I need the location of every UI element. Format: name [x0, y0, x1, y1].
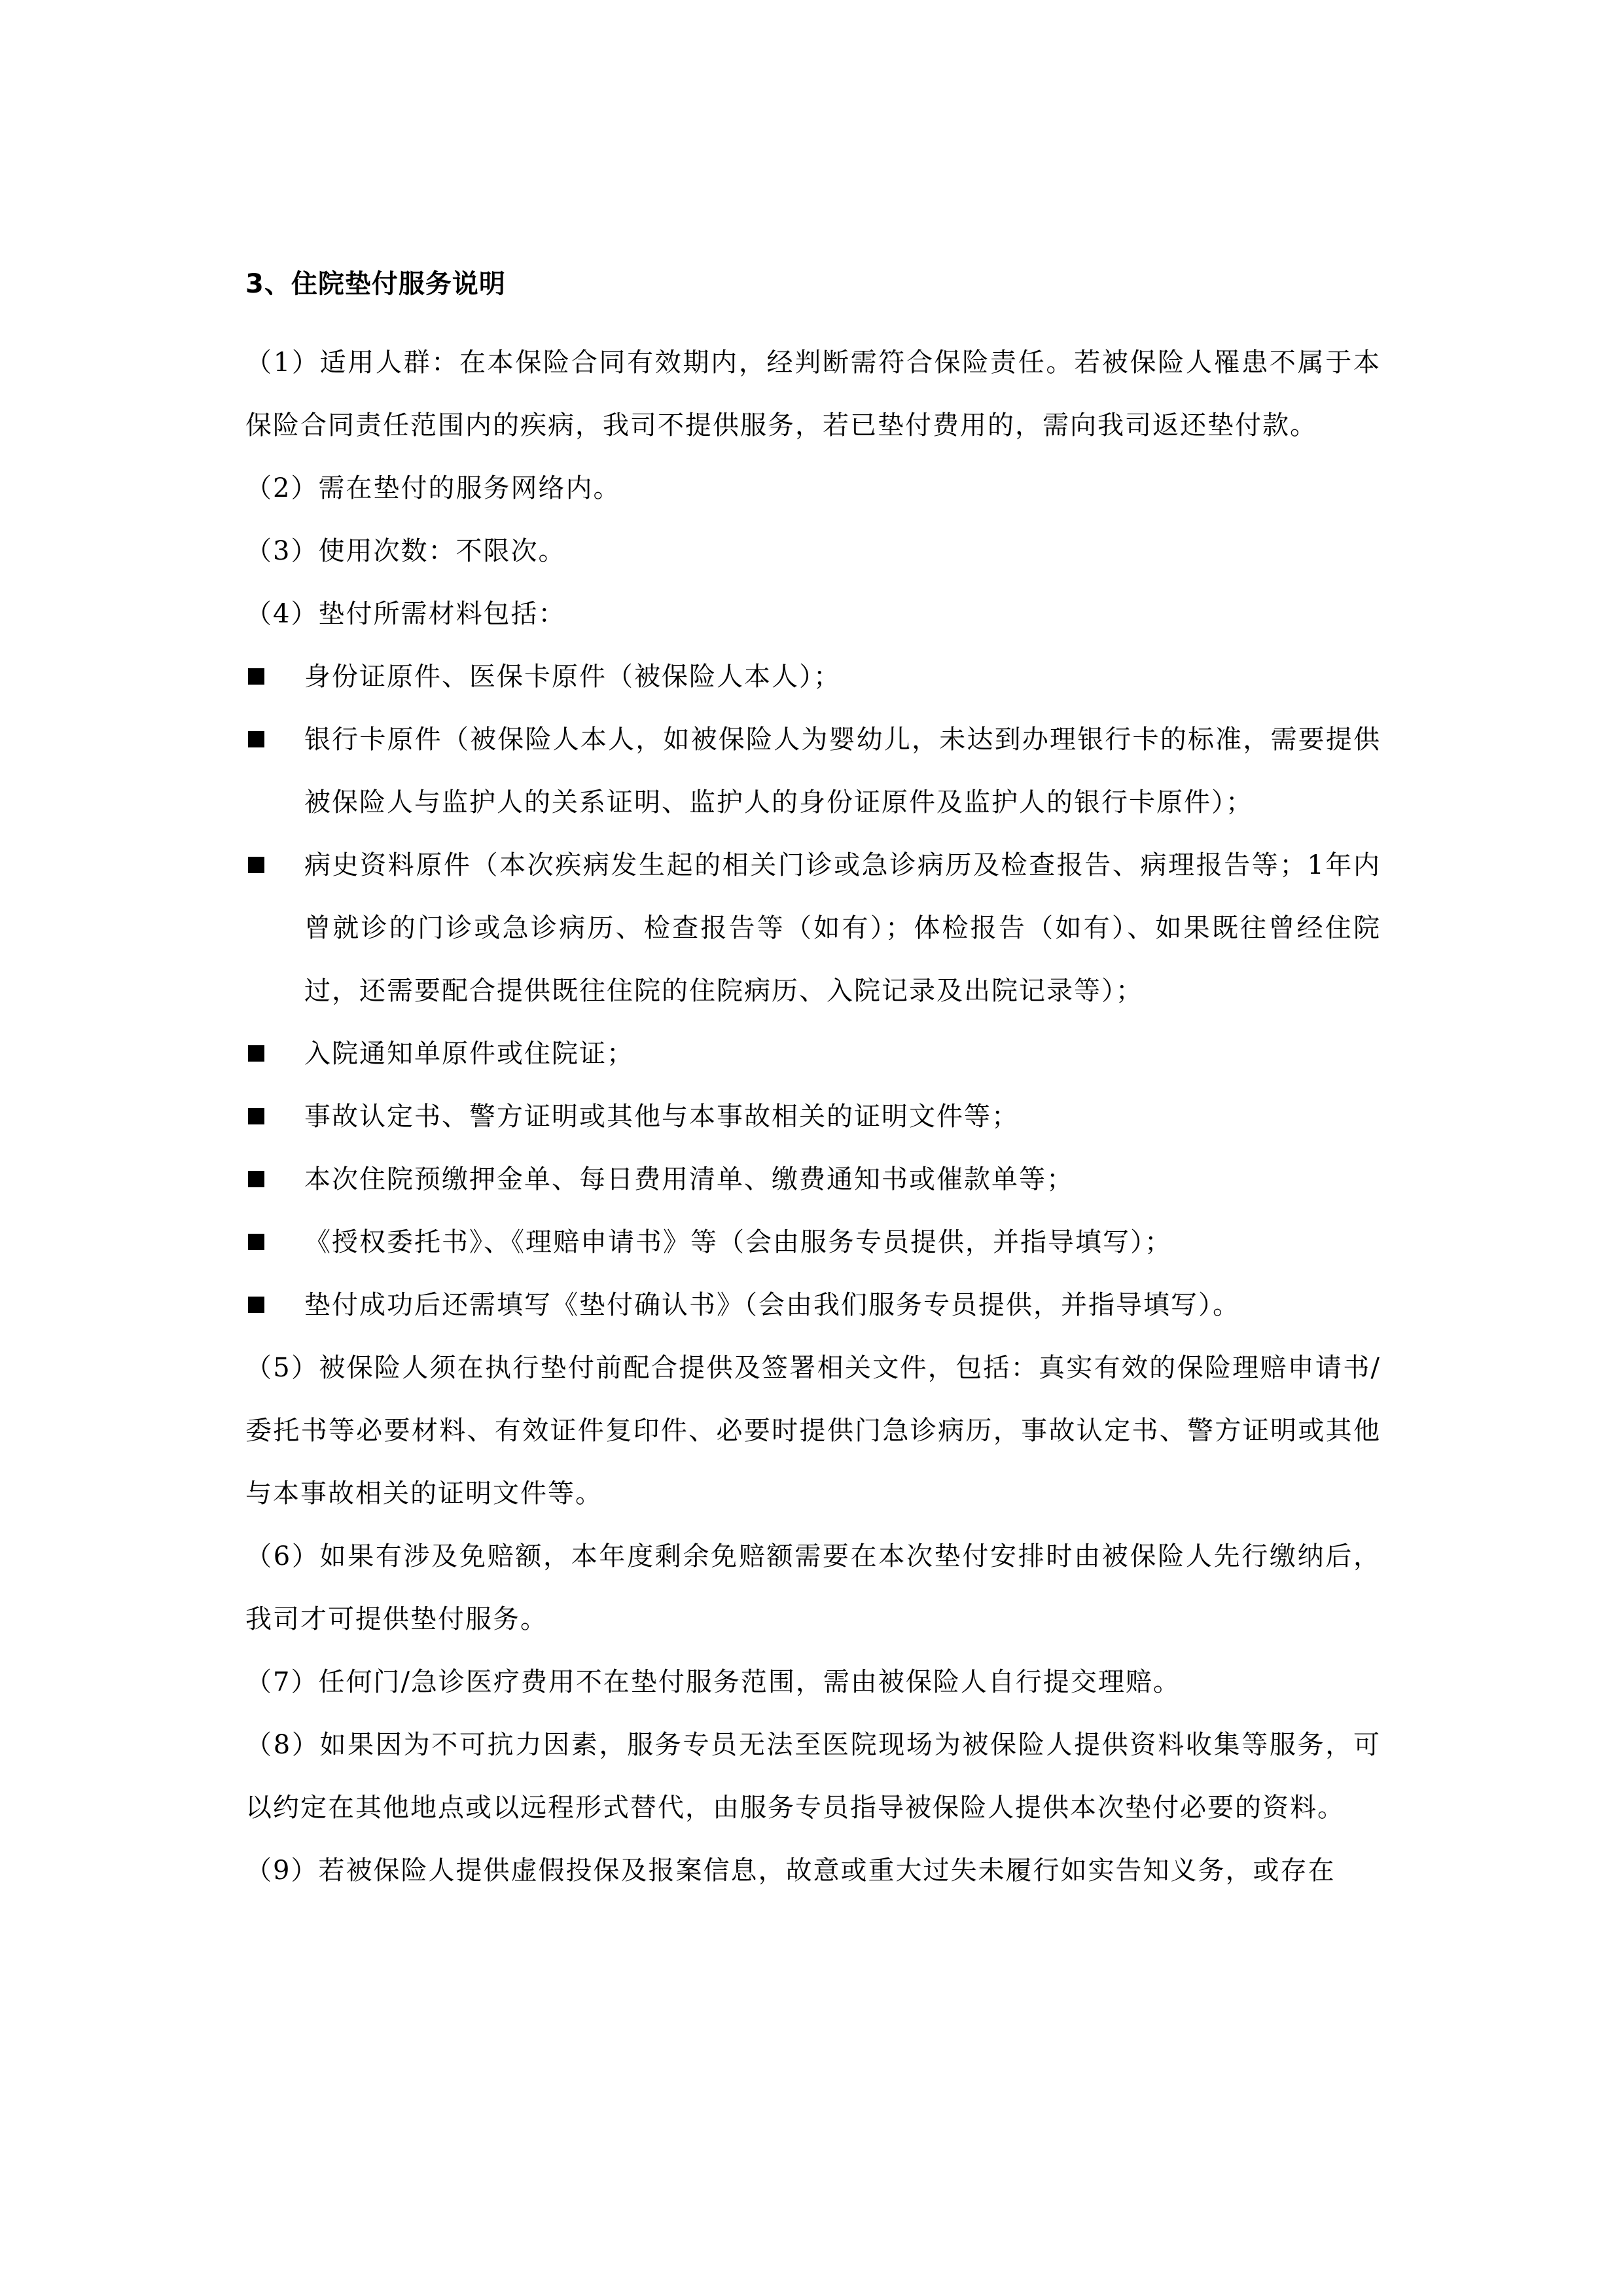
list-item: 入院通知单原件或住院证；	[245, 1022, 1381, 1085]
document-page: 3、住院垫付服务说明 （1）适用人群：在本保险合同有效期内，经判断需符合保险责任…	[245, 268, 1381, 1902]
square-bullet-icon	[248, 1108, 264, 1124]
list-item-text: 垫付成功后还需填写《垫付确认书》（会由我们服务专员提供，并指导填写）。	[304, 1290, 1240, 1320]
list-item: 事故认定书、警方证明或其他与本事故相关的证明文件等；	[245, 1085, 1381, 1148]
clause-3-usage-count: （3）使用次数：不限次。	[245, 520, 1381, 583]
clause-2-service-network: （2）需在垫付的服务网络内。	[245, 457, 1381, 520]
clause-5-documents-to-sign: （5）被保险人须在执行垫付前配合提供及签署相关文件，包括：真实有效的保险理赔申请…	[245, 1336, 1381, 1525]
list-item: 《授权委托书》、《理赔申请书》等（会由服务专员提供，并指导填写）；	[245, 1211, 1381, 1274]
clause-4-required-materials: （4）垫付所需材料包括：	[245, 583, 1381, 645]
clause-7-outpatient-excluded: （7）任何门/急诊医疗费用不在垫付服务范围，需由被保险人自行提交理赔。	[245, 1651, 1381, 1713]
clause-8-force-majeure: （8）如果因为不可抗力因素，服务专员无法至医院现场为被保险人提供资料收集等服务，…	[245, 1713, 1381, 1839]
square-bullet-icon	[248, 731, 264, 747]
clause-9-false-information: （9）若被保险人提供虚假投保及报案信息，故意或重大过失未履行如实告知义务，或存在	[245, 1839, 1381, 1902]
square-bullet-icon	[248, 1045, 264, 1062]
list-item-text: 事故认定书、警方证明或其他与本事故相关的证明文件等；	[304, 1102, 1019, 1132]
square-bullet-icon	[248, 1297, 264, 1313]
list-item: 身份证原件、医保卡原件（被保险人本人）；	[245, 645, 1381, 708]
materials-list: 身份证原件、医保卡原件（被保险人本人）； 银行卡原件（被保险人本人，如被保险人为…	[245, 645, 1381, 1336]
list-item: 本次住院预缴押金单、每日费用清单、缴费通知书或催款单等；	[245, 1148, 1381, 1211]
square-bullet-icon	[248, 857, 264, 873]
list-item-text: 本次住院预缴押金单、每日费用清单、缴费通知书或催款单等；	[304, 1164, 1074, 1194]
list-item-text: 入院通知单原件或住院证；	[304, 1039, 634, 1069]
square-bullet-icon	[248, 668, 264, 685]
list-item-text: 身份证原件、医保卡原件（被保险人本人）；	[304, 662, 841, 692]
list-item: 银行卡原件（被保险人本人，如被保险人为婴幼儿，未达到办理银行卡的标准，需要提供被…	[245, 708, 1381, 834]
square-bullet-icon	[248, 1234, 264, 1250]
clause-6-deductible: （6）如果有涉及免赔额，本年度剩余免赔额需要在本次垫付安排时由被保险人先行缴纳后…	[245, 1525, 1381, 1651]
list-item: 病史资料原件（本次疾病发生起的相关门诊或急诊病历及检查报告、病理报告等；1年内曾…	[245, 834, 1381, 1022]
list-item-text: 病史资料原件（本次疾病发生起的相关门诊或急诊病历及检查报告、病理报告等；1年内曾…	[304, 850, 1381, 1006]
list-item-text: 银行卡原件（被保险人本人，如被保险人为婴幼儿，未达到办理银行卡的标准，需要提供被…	[304, 725, 1381, 817]
list-item-text: 《授权委托书》、《理赔申请书》等（会由服务专员提供，并指导填写）；	[304, 1227, 1172, 1257]
section-title: 3、住院垫付服务说明	[245, 268, 1381, 331]
clause-1-applicable-people: （1）适用人群：在本保险合同有效期内，经判断需符合保险责任。若被保险人罹患不属于…	[245, 331, 1381, 457]
list-item: 垫付成功后还需填写《垫付确认书》（会由我们服务专员提供，并指导填写）。	[245, 1274, 1381, 1336]
square-bullet-icon	[248, 1171, 264, 1187]
